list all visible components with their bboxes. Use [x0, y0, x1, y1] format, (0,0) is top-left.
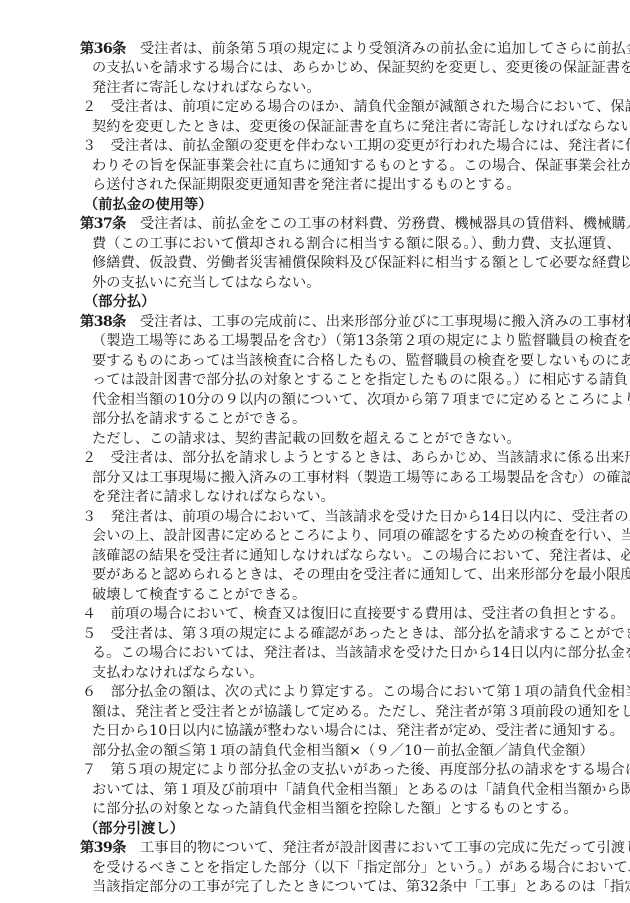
text-line: おいては、第１項及び前項中「請負代金相当額」とあるのは「請負代金相当額から既: [92, 781, 630, 801]
line-text: 費（この工事において償却される割合に相当する額に限る。）、動力費、支払運賃、: [92, 236, 621, 252]
line-text: （部分払）: [84, 294, 155, 310]
text-line: 支払わなければならない。: [92, 664, 263, 684]
line-text: ３ 受注者は、前払金額の変更を伴わない工期の変更が行われた場合には、発注者に代: [82, 138, 630, 154]
line-text: る。この場合においては、発注者は、当該請求を受けた日から14日以内に部分払金を: [92, 645, 630, 661]
text-line: ２ 受注者は、前項に定める場合のほか、請負代金額が減額された場合において、保証: [82, 98, 630, 118]
text-line: （製造工場等にある工場製品を含む）（第13条第２項の規定により監督職員の検査を: [92, 332, 630, 352]
line-text: おいては、第１項及び前項中「請負代金相当額」とあるのは「請負代金相当額から既: [92, 782, 630, 798]
line-text: を受けるべきことを指定した部分（以下「指定部分」という。）がある場合において、: [92, 860, 630, 876]
line-text: 額は、発注者と受注者とが協議して定める。ただし、発注者が第３項前段の通知をし: [92, 704, 630, 720]
line-text: 修繕費、仮設費、労働者災害補償保険料及び保証料に相当する額として必要な経費以: [92, 255, 630, 271]
line-text: 受注者は、工事の完成前に、出来形部分並びに工事現場に搬入済みの工事材料: [126, 314, 630, 330]
text-line: 破壊して検査することができる。: [92, 586, 306, 606]
line-text: た日から10日以内に協議が整わない場合には、発注者が定め、受注者に通知する。: [92, 723, 624, 739]
text-line: 該確認の結果を受注者に通知しなければならない。この場合において、発注者は、必: [92, 547, 630, 567]
section-heading: （前払金の使用等）: [84, 196, 213, 216]
line-text: ただし、この請求は、契約書記載の回数を超えることができない。: [92, 431, 521, 447]
text-line: 修繕費、仮設費、労働者災害補償保険料及び保証料に相当する額として必要な経費以: [92, 254, 630, 274]
text-line: 部分又は工事現場に搬入済みの工事材料（製造工場等にある工場製品を含む）の確認: [92, 469, 630, 489]
text-line: 会いの上、設計図書に定めるところにより、同項の確認をするための検査を行い、当: [92, 527, 630, 547]
text-line: 外の支払いに充当してはならない。: [92, 274, 321, 294]
text-line: た日から10日以内に協議が整わない場合には、発注者が定め、受注者に通知する。: [92, 722, 624, 742]
line-text: 代金相当額の10分の９以内の額について、次項から第７項までに定めるところにより: [92, 392, 630, 408]
text-line: を受けるべきことを指定した部分（以下「指定部分」という。）がある場合において、: [92, 859, 630, 879]
line-text: わりその旨を保証事業会社に直ちに通知するものとする。この場合、保証事業会社か: [92, 158, 630, 174]
line-text: ３ 発注者は、前項の場合において、当該請求を受けた日から14日以内に、受注者の立: [82, 509, 630, 525]
text-line: ５ 受注者は、第３項の規定による確認があったときは、部分払を請求することができ: [82, 625, 630, 645]
text-line: 契約を変更したときは、変更後の保証証書を直ちに発注者に寄託しなければならない。: [92, 118, 630, 138]
article-number: 第39条: [80, 840, 126, 856]
article-line: 第36条 受注者は、前条第５項の規定により受領済みの前払金に追加してさらに前払金: [80, 40, 630, 60]
text-line: ２ 受注者は、部分払を請求しようとするときは、あらかじめ、当該請求に係る出来形: [82, 449, 630, 469]
text-line: 部分払を請求することができる。: [92, 410, 306, 430]
article-line: 第38条 受注者は、工事の完成前に、出来形部分並びに工事現場に搬入済みの工事材料: [80, 313, 630, 333]
text-line: 代金相当額の10分の９以内の額について、次項から第７項までに定めるところにより: [92, 391, 630, 411]
line-text: 支払わなければならない。: [92, 665, 263, 681]
line-text: の支払いを請求する場合には、あらかじめ、保証契約を変更し、変更後の保証証書を: [92, 60, 630, 76]
line-text: ２ 受注者は、前項に定める場合のほか、請負代金額が減額された場合において、保証: [82, 99, 630, 115]
line-text: 契約を変更したときは、変更後の保証証書を直ちに発注者に寄託しなければならない。: [92, 119, 630, 135]
line-text: 会いの上、設計図書に定めるところにより、同項の確認をするための検査を行い、当: [92, 528, 630, 544]
line-text: （製造工場等にある工場製品を含む）（第13条第２項の規定により監督職員の検査を: [92, 333, 630, 349]
section-heading: （部分引渡し）: [84, 820, 184, 840]
line-text: っては設計図書で部分払の対象とすることを指定したものに限る。）に相応する請負: [92, 372, 628, 388]
text-line: わりその旨を保証事業会社に直ちに通知するものとする。この場合、保証事業会社か: [92, 157, 630, 177]
line-text: 要があると認められるときは、その理由を受注者に通知して、出来形部分を最小限度: [92, 567, 630, 583]
text-line: 部分払金の額≦第１項の請負代金相当額×（９／10－前払金額／請負代金額）: [92, 742, 594, 762]
line-text: 外の支払いに充当してはならない。: [92, 275, 321, 291]
article-number: 第37条: [80, 216, 126, 232]
text-line: 要があると認められるときは、その理由を受注者に通知して、出来形部分を最小限度: [92, 566, 630, 586]
line-text: 部分払を請求することができる。: [92, 411, 306, 427]
line-text: ２ 受注者は、部分払を請求しようとするときは、あらかじめ、当該請求に係る出来形: [82, 450, 630, 466]
line-text: に部分払の対象となった請負代金相当額を控除した額」とするものとする。: [92, 801, 578, 817]
article-number: 第38条: [80, 314, 126, 330]
text-line: ４ 前項の場合において、検査又は復旧に直接要する費用は、受注者の負担とする。: [82, 605, 625, 625]
line-text: 要するものにあっては当該検査に合格したもの、監督職員の検査を要しないものにあ: [92, 353, 630, 369]
article-line: 第37条 受注者は、前払金をこの工事の材料費、労務費、機械器具の賃借料、機械購入: [80, 215, 630, 235]
line-text: 当該指定部分の工事が完了したときについては、第32条中「工事」とあるのは「指定: [92, 879, 630, 895]
line-text: （部分引渡し）: [84, 821, 184, 837]
text-line: の支払いを請求する場合には、あらかじめ、保証契約を変更し、変更後の保証証書を: [92, 59, 630, 79]
line-text: 部分払金の額≦第１項の請負代金相当額×（９／10－前払金額／請負代金額）: [92, 743, 594, 759]
text-line: る。この場合においては、発注者は、当該請求を受けた日から14日以内に部分払金を: [92, 644, 630, 664]
line-text: ７ 第５項の規定により部分払金の支払いがあった後、再度部分払の請求をする場合に: [82, 762, 630, 778]
line-text: 受注者は、前条第５項の規定により受領済みの前払金に追加してさらに前払金: [126, 41, 630, 57]
line-text: 受注者は、前払金をこの工事の材料費、労務費、機械器具の賃借料、機械購入: [126, 216, 630, 232]
document-page: 第36条 受注者は、前条第５項の規定により受領済みの前払金に追加してさらに前払金…: [0, 0, 630, 903]
text-line: ６ 部分払金の額は、次の式により算定する。この場合において第１項の請負代金相当: [82, 683, 630, 703]
text-line: を発注者に請求しなければならない。: [92, 488, 335, 508]
line-text: ６ 部分払金の額は、次の式により算定する。この場合において第１項の請負代金相当: [82, 684, 630, 700]
article-line: 第39条 工事目的物について、発注者が設計図書において工事の完成に先だって引渡し: [80, 839, 630, 859]
line-text: 工事目的物について、発注者が設計図書において工事の完成に先だって引渡し: [126, 840, 630, 856]
section-heading: （部分払）: [84, 293, 155, 313]
line-text: を発注者に請求しなければならない。: [92, 489, 335, 505]
text-line: 発注者に寄託しなければならない。: [92, 79, 321, 99]
text-line: ７ 第５項の規定により部分払金の支払いがあった後、再度部分払の請求をする場合に: [82, 761, 630, 781]
text-line: ただし、この請求は、契約書記載の回数を超えることができない。: [92, 430, 521, 450]
text-line: っては設計図書で部分払の対象とすることを指定したものに限る。）に相応する請負: [92, 371, 628, 391]
text-line: 費（この工事において償却される割合に相当する額に限る。）、動力費、支払運賃、: [92, 235, 621, 255]
text-line: ３ 発注者は、前項の場合において、当該請求を受けた日から14日以内に、受注者の立: [82, 508, 630, 528]
text-line: ら送付された保証期限変更通知書を発注者に提出するものとする。: [92, 176, 521, 196]
text-line: 当該指定部分の工事が完了したときについては、第32条中「工事」とあるのは「指定: [92, 878, 630, 898]
article-number: 第36条: [80, 41, 126, 57]
text-line: ３ 受注者は、前払金額の変更を伴わない工期の変更が行われた場合には、発注者に代: [82, 137, 630, 157]
line-text: （前払金の使用等）: [84, 197, 213, 213]
line-text: 部分又は工事現場に搬入済みの工事材料（製造工場等にある工場製品を含む）の確認: [92, 470, 630, 486]
line-text: ５ 受注者は、第３項の規定による確認があったときは、部分払を請求することができ: [82, 626, 630, 642]
line-text: ４ 前項の場合において、検査又は復旧に直接要する費用は、受注者の負担とする。: [82, 606, 625, 622]
text-line: 要するものにあっては当該検査に合格したもの、監督職員の検査を要しないものにあ: [92, 352, 630, 372]
line-text: ら送付された保証期限変更通知書を発注者に提出するものとする。: [92, 177, 521, 193]
line-text: 発注者に寄託しなければならない。: [92, 80, 321, 96]
text-line: 額は、発注者と受注者とが協議して定める。ただし、発注者が第３項前段の通知をし: [92, 703, 630, 723]
line-text: 破壊して検査することができる。: [92, 587, 306, 603]
line-text: 該確認の結果を受注者に通知しなければならない。この場合において、発注者は、必: [92, 548, 630, 564]
text-line: に部分払の対象となった請負代金相当額を控除した額」とするものとする。: [92, 800, 578, 820]
